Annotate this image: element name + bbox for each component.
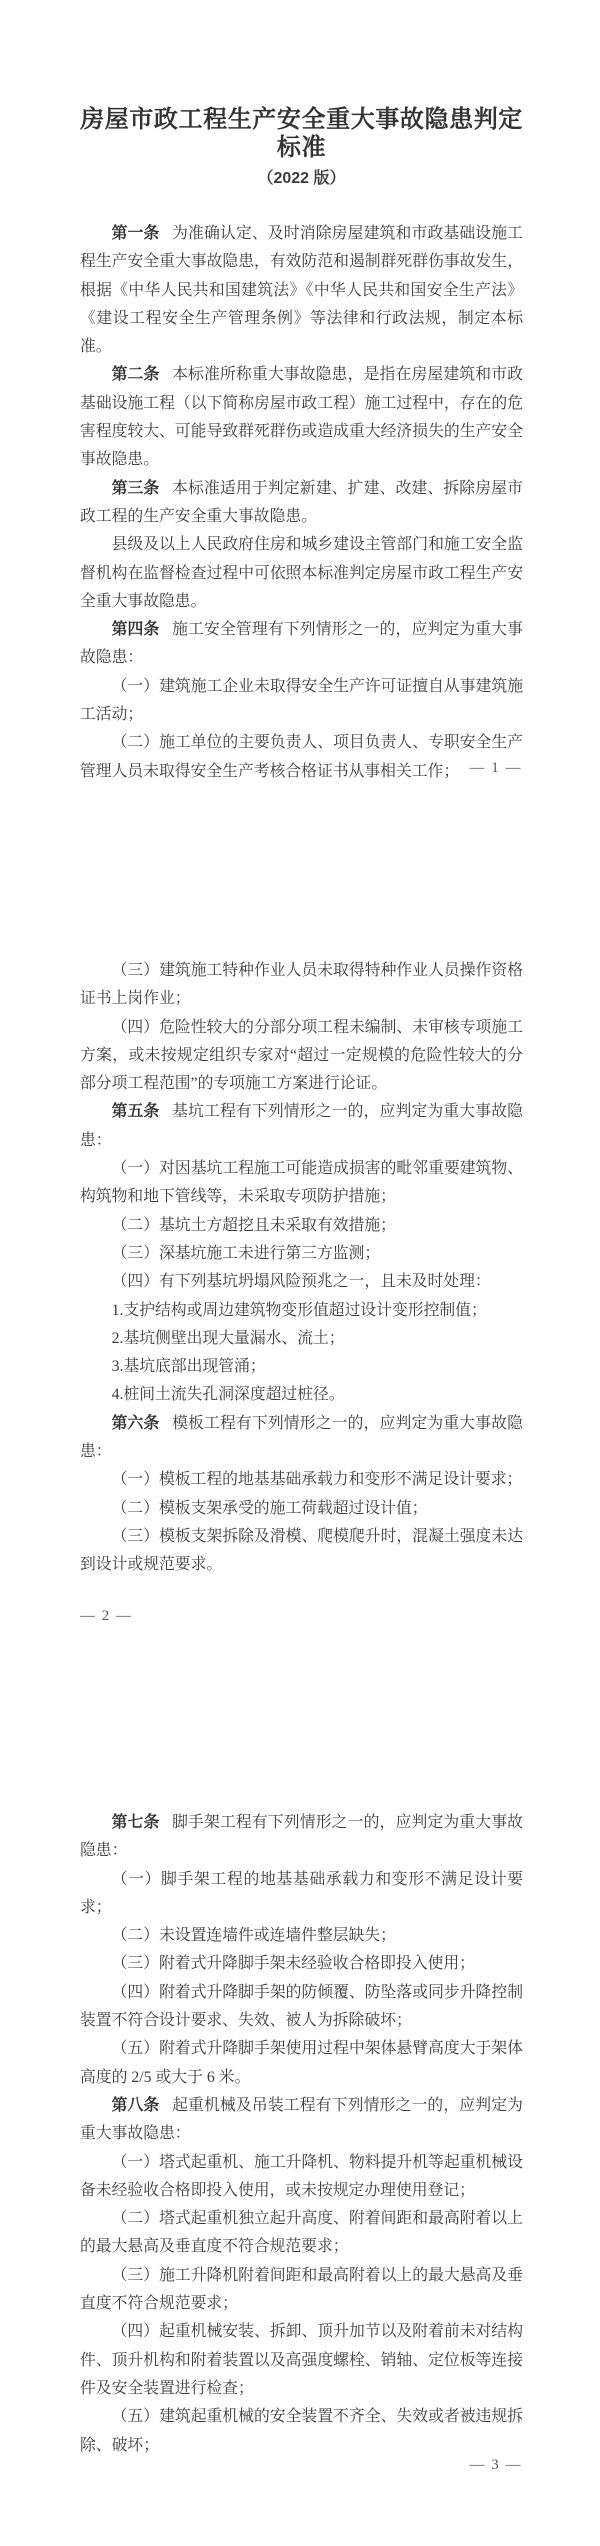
page-number-3: — 3 — [470, 2457, 523, 2474]
doc-paragraph: 县级及以上人民政府住房和城乡建设主管部门和施工安全监督机构在监督检查过程中可依照… [80, 531, 523, 616]
doc-paragraph: 4.桩间土流失孔洞深度超过桩径。 [80, 1381, 523, 1409]
page-2-body: （三）建筑施工特种作业人员未取得特种作业人员操作资格证书上岗作业； （四）危险性… [80, 957, 523, 1580]
page-1: 房屋市政工程生产安全重大事故隐患判定标准 （2022 版） 第一条为准确认定、及… [0, 0, 600, 849]
doc-paragraph: （二）塔式起重机独立起升高度、附着间距和最高附着以上的最大悬高及垂直度不符合规范… [80, 2205, 523, 2262]
doc-paragraph: （一）建筑施工企业未取得安全生产许可证擅自从事建筑施工活动； [80, 673, 523, 730]
page-number-1: — 1 — [470, 760, 523, 777]
doc-paragraph: （一）塔式起重机、施工升降机、物料提升机等起重机械设备未经验收合格即投入使用，或… [80, 2149, 523, 2206]
page-number-2: — 2 — [80, 1608, 133, 1625]
page-3: 第七条脚手架工程有下列情形之一的，应判定为重大事故隐患： （一）脚手架工程的地基… [0, 1697, 600, 2546]
doc-paragraph: （一）脚手架工程的地基基础承载力和变形不满足设计要求； [80, 1866, 523, 1923]
doc-paragraph: 第一条为准确认定、及时消除房屋建筑和市政基础设施工程生产安全重大事故隐患，有效防… [80, 220, 523, 361]
page-1-body: 第一条为准确认定、及时消除房屋建筑和市政基础设施工程生产安全重大事故隐患，有效防… [80, 220, 523, 786]
document-view: 房屋市政工程生产安全重大事故隐患判定标准 （2022 版） 第一条为准确认定、及… [0, 0, 600, 2546]
doc-paragraph: （三）施工升降机附着间距和最高附着以上的最大悬高及垂直度不符合规范要求； [80, 2262, 523, 2319]
doc-paragraph: （五）附着式升降脚手架使用过程中架体悬臂高度大于架体高度的 2/5 或大于 6 … [80, 2035, 523, 2092]
doc-paragraph: （三）深基坑施工未进行第三方监测； [80, 1240, 523, 1268]
doc-paragraph: 第八条起重机械及吊装工程有下列情形之一的，应判定为重大事故隐患： [80, 2092, 523, 2149]
article-label: 第三条 [112, 480, 160, 497]
document-subtitle: （2022 版） [80, 168, 523, 190]
doc-paragraph: （三）模板支架拆除及滑模、爬模爬升时，混凝土强度未达到设计或规范要求。 [80, 1523, 523, 1580]
doc-paragraph: 第六条模板工程有下列情形之一的，应判定为重大事故隐患： [80, 1410, 523, 1467]
doc-paragraph: 第七条脚手架工程有下列情形之一的，应判定为重大事故隐患： [80, 1809, 523, 1866]
doc-paragraph: （二）施工单位的主要负责人、项目负责人、专职安全生产管理人员未取得安全生产考核合… [80, 729, 523, 786]
doc-paragraph: （四）危险性较大的分部分项工程未编制、未审核专项施工方案，或未按规定组织专家对“… [80, 1014, 523, 1099]
doc-paragraph: 1.支护结构或周边建筑物变形值超过设计变形控制值； [80, 1297, 523, 1325]
doc-paragraph: 第四条施工安全管理有下列情形之一的，应判定为重大事故隐患： [80, 616, 523, 673]
doc-paragraph: （三）建筑施工特种作业人员未取得特种作业人员操作资格证书上岗作业； [80, 957, 523, 1014]
document-title: 房屋市政工程生产安全重大事故隐患判定标准 [80, 106, 523, 162]
doc-paragraph: 第三条本标准适用于判定新建、扩建、改建、拆除房屋市政工程的生产安全重大事故隐患。 [80, 475, 523, 532]
doc-paragraph: （二）基坑土方超挖且未采取有效措施； [80, 1212, 523, 1240]
article-label: 第四条 [112, 621, 160, 638]
doc-paragraph: （一）对因基坑工程施工可能造成损害的毗邻重要建筑物、构筑物和地下管线等，未采取专… [80, 1155, 523, 1212]
doc-paragraph: （三）附着式升降脚手架未经验收合格即投入使用； [80, 1950, 523, 1978]
paragraph-text: 为准确认定、及时消除房屋建筑和市政基础设施工程生产安全重大事故隐患，有效防范和遏… [80, 225, 523, 355]
doc-paragraph: 3.基坑底部出现管涌； [80, 1353, 523, 1381]
doc-paragraph: （五）建筑起重机械的安全装置不齐全、失效或者被违规拆除、破坏； [80, 2403, 523, 2460]
doc-paragraph: （四）有下列基坑坍塌风险预兆之一，且未及时处理： [80, 1268, 523, 1296]
doc-paragraph: 第五条基坑工程有下列情形之一的，应判定为重大事故隐患： [80, 1098, 523, 1155]
doc-paragraph: 2.基坑侧壁出现大量漏水、流土； [80, 1325, 523, 1353]
doc-paragraph: （一）模板工程的地基基础承载力和变形不满足设计要求； [80, 1466, 523, 1494]
doc-paragraph: （四）起重机械安装、拆卸、顶升加节以及附着前未对结构件、顶升机构和附着装置以及高… [80, 2318, 523, 2403]
article-label: 第二条 [112, 366, 160, 383]
article-label: 第八条 [112, 2097, 160, 2114]
doc-paragraph: （二）未设置连墙件或连墙件整层缺失； [80, 1922, 523, 1950]
doc-paragraph: （二）模板支架承受的施工荷载超过设计值； [80, 1495, 523, 1523]
page-2: （三）建筑施工特种作业人员未取得特种作业人员操作资格证书上岗作业； （四）危险性… [0, 849, 600, 1697]
doc-paragraph: （四）附着式升降脚手架的防倾覆、防坠落或同步升降控制装置不符合设计要求、失效、被… [80, 1979, 523, 2036]
article-label: 第一条 [112, 225, 160, 242]
page-3-body: 第七条脚手架工程有下列情形之一的，应判定为重大事故隐患： （一）脚手架工程的地基… [80, 1809, 523, 2460]
article-label: 第七条 [112, 1814, 160, 1831]
article-label: 第六条 [112, 1415, 160, 1432]
article-label: 第五条 [112, 1103, 160, 1120]
doc-paragraph: 第二条本标准所称重大事故隐患，是指在房屋建筑和市政基础设施工程（以下简称房屋市政… [80, 361, 523, 474]
